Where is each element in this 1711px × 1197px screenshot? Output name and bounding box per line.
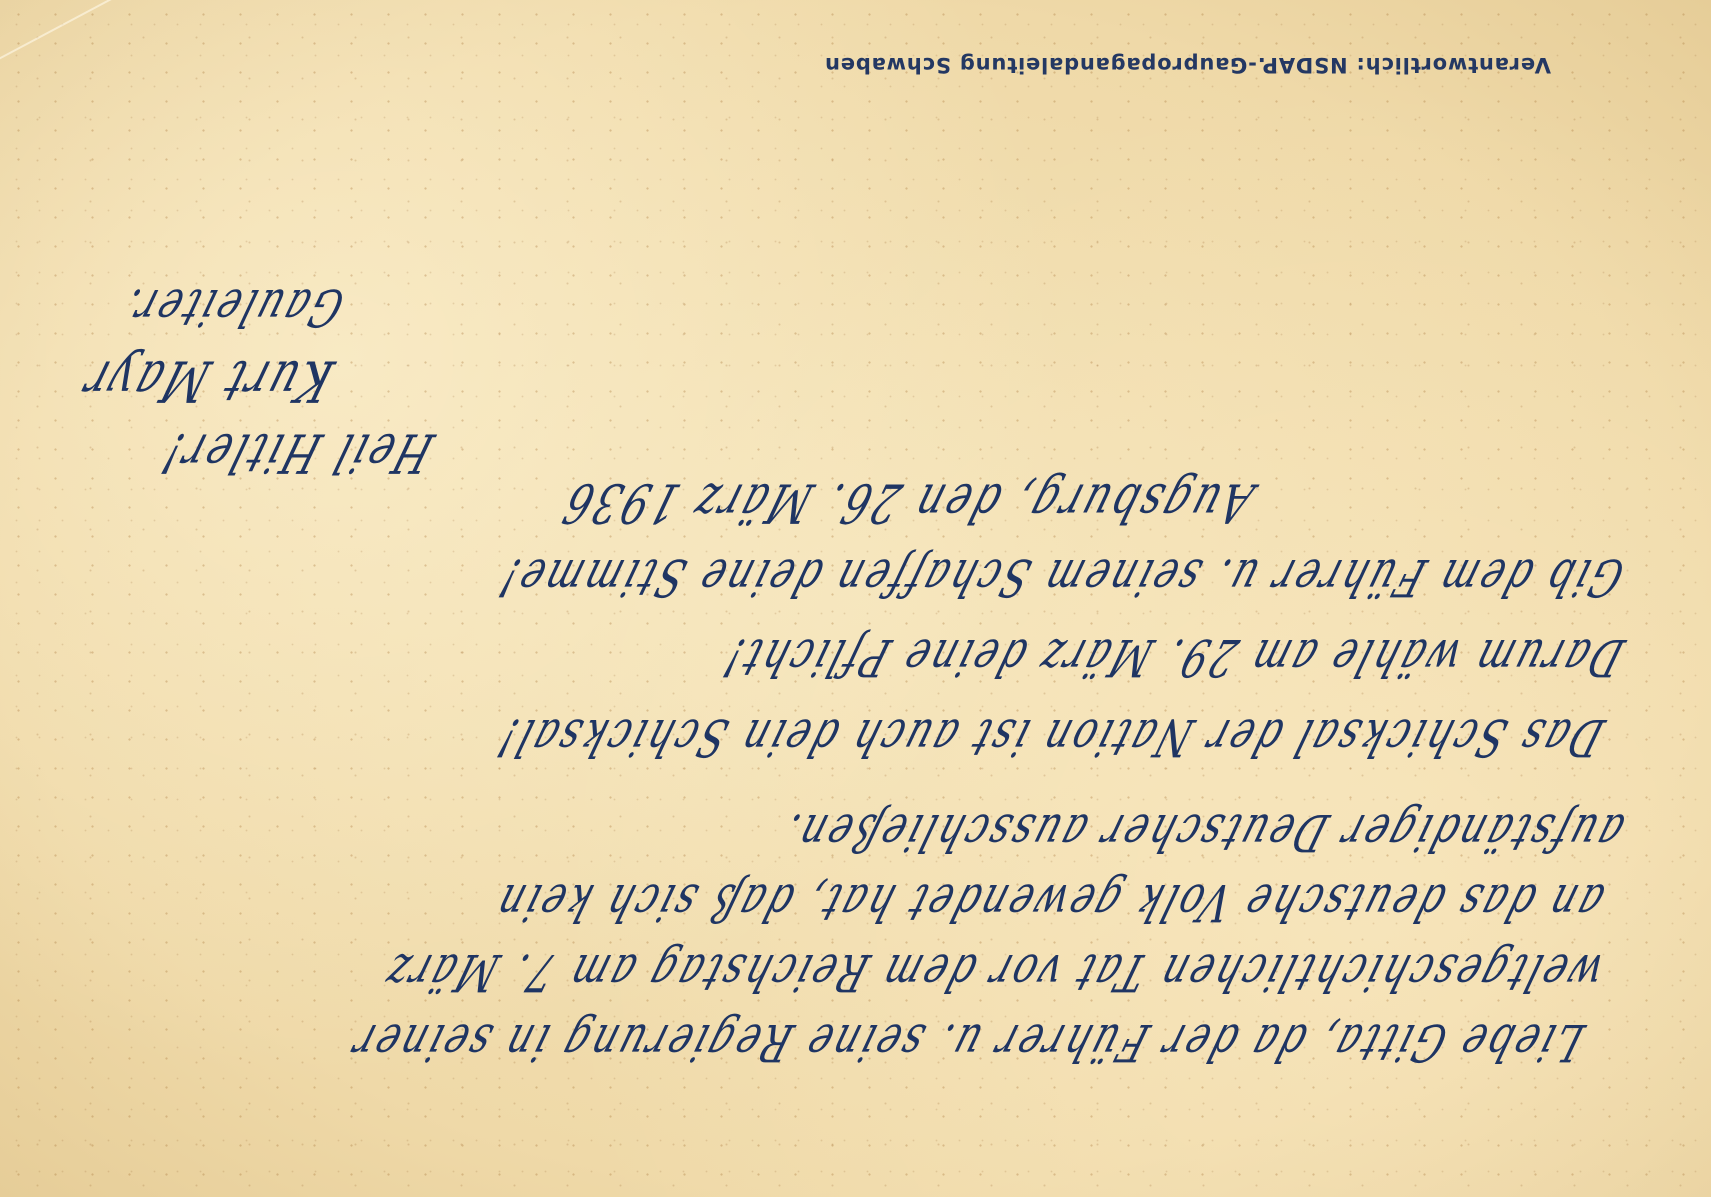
handwritten-line: Liebe Gitta, da der Führer u. seine Regi… [342,1013,1591,1072]
postcard: Verantwortlich: NSDAP.-Gaupropagandaleit… [0,0,1711,1197]
handwritten-line: Das Schicksal der Nation ist auch dein S… [488,708,1611,767]
salutation: Heil Hitler! [153,421,441,483]
card-content-rotated: Verantwortlich: NSDAP.-Gaupropagandaleit… [0,0,1711,1197]
handwritten-line: Gib dem Führer u. seinem Schaffen deine … [490,548,1631,607]
date-line: Augsburg, den 26. März 1936 [554,471,1261,533]
printed-responsibility-line: Verantwortlich: NSDAP.-Gaupropagandaleit… [824,53,1551,77]
signature-title: Gauleiter. [114,278,351,337]
handwritten-line: Darum wähle am 29. März deine Pflicht! [714,628,1631,687]
handwritten-line: weltgeschichtlichen Tat vor dem Reichsta… [375,943,1611,1002]
handwritten-line: aufständiger Deutscher ausschließen. [773,803,1631,862]
handwritten-line: an das deutsche Volk gewendet hat, daß s… [486,873,1611,932]
signature: Kurt Mayr [73,348,341,414]
